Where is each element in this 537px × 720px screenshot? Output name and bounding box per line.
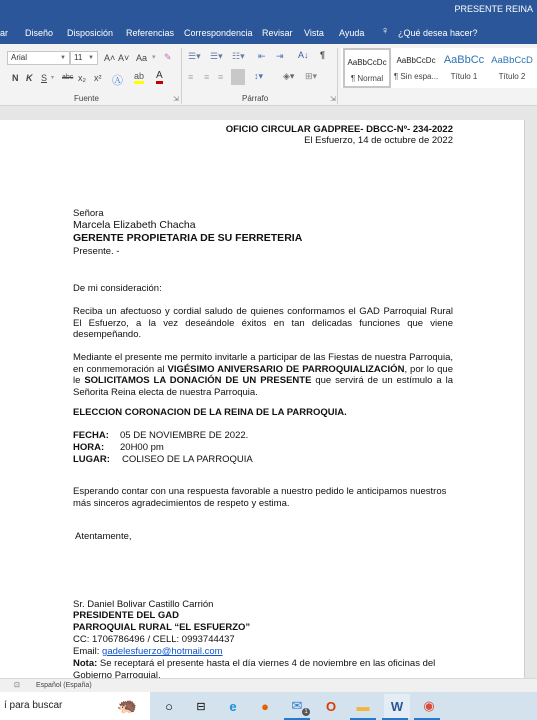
font-size-box[interactable]: 11 ▼ — [70, 51, 98, 65]
increase-indent-icon[interactable]: ⇥ — [276, 51, 284, 62]
numbering-icon[interactable]: ☰▾ — [210, 51, 223, 62]
font-color-icon[interactable]: A — [156, 71, 163, 84]
font-name-value: Arial — [11, 53, 27, 62]
document-workspace: OFICIO CIRCULAR GADPREE- DBCC-Nº- 234-20… — [0, 106, 537, 678]
text-effects-icon[interactable]: Ⓐ — [112, 72, 123, 88]
signer-email: Email: gadelesfuerzo@hotmail.com — [73, 646, 453, 658]
style-normal[interactable]: AaBbCcDc ¶ Normal — [343, 48, 391, 88]
borders-icon[interactable]: ⊞▾ — [305, 71, 317, 82]
paragraph-1: Reciba un afectuoso y cordial saludo de … — [73, 306, 453, 341]
event-row: HORA:20H00 pm — [73, 442, 453, 454]
subscript-button[interactable]: x₂ — [78, 73, 86, 83]
justify-icon[interactable] — [231, 69, 245, 85]
title-bar: PRESENTE REINA — [0, 0, 537, 18]
tab-correspondencia[interactable]: Correspondencia — [184, 28, 253, 38]
para2-bold: SOLICITAMOS LA DONACIÓN DE UN PRESENTE — [84, 375, 311, 386]
superscript-button[interactable]: x² — [94, 73, 102, 83]
search-placeholder: í para buscar — [4, 700, 62, 711]
signer-contact: CC: 1706786496 / CELL: 0993744437 — [73, 634, 453, 646]
multilevel-list-icon[interactable]: ☷▾ — [232, 51, 245, 62]
email-link[interactable]: gadelesfuerzo@hotmail.com — [102, 646, 223, 657]
tab-referencias[interactable]: Referencias — [126, 28, 174, 38]
chevron-down-icon: ▼ — [60, 52, 66, 64]
file-explorer-icon[interactable]: ▬ — [352, 696, 374, 716]
tab-vista[interactable]: Vista — [304, 28, 324, 38]
presente-line: Presente. - — [73, 246, 453, 258]
firefox-icon[interactable]: ● — [254, 696, 276, 716]
style-name: Título 1 — [440, 72, 488, 81]
style-sample: AaBbCcD — [488, 55, 536, 66]
font-group-label: Fuente — [74, 94, 99, 103]
tab-diseno[interactable]: Diseño — [25, 28, 53, 38]
show-formatting-icon[interactable]: ¶ — [320, 50, 325, 60]
align-center-icon[interactable]: ≡ — [204, 72, 209, 82]
document-reference: OFICIO CIRCULAR GADPREE- DBCC-Nº- 234-20… — [73, 124, 453, 136]
style-sample: AaBbCcDc — [392, 56, 440, 65]
line-spacing-icon[interactable]: ↕▾ — [254, 71, 263, 82]
taskbar: í para buscar 🦔 ○ ⊟ e ● ✉1 O ▬ W ◉ — [0, 692, 537, 720]
status-bar: ⊡ Español (España) — [0, 678, 537, 692]
style-sample: AaBbCcDc — [345, 58, 389, 67]
paragraph-2: Mediante el presente me permito invitarl… — [73, 352, 453, 398]
grow-font-button[interactable]: A˄ — [104, 53, 115, 63]
document-page[interactable]: OFICIO CIRCULAR GADPREE- DBCC-Nº- 234-20… — [0, 120, 525, 678]
task-view-icon[interactable]: ⊟ — [190, 696, 212, 716]
strikethrough-button[interactable]: abc — [62, 74, 73, 81]
bullets-icon[interactable]: ☰▾ — [188, 51, 201, 62]
font-name-box[interactable]: Arial ▼ — [7, 51, 70, 65]
style-name: Título 2 — [488, 72, 536, 81]
ribbon-tabs: ar Diseño Disposición Referencias Corres… — [0, 18, 537, 44]
email-label: Email: — [73, 646, 102, 657]
clear-formatting-icon[interactable]: ✎ — [164, 52, 172, 63]
event-value: COLISEO DE LA PARROQUIA — [122, 454, 253, 465]
font-dialog-launcher[interactable]: ⇲ — [173, 95, 179, 103]
shrink-font-button[interactable]: A˅ — [118, 53, 129, 63]
event-value: 20H00 pm — [120, 442, 164, 453]
align-right-icon[interactable]: ≡ — [218, 72, 223, 82]
style-titulo-2[interactable]: AaBbCcD Título 2 — [488, 48, 536, 88]
mail-icon[interactable]: ✉1 — [286, 696, 308, 716]
regards: Atentamente, — [75, 531, 455, 543]
paragraph-group-label: Párrafo — [242, 94, 268, 103]
underline-dropdown[interactable]: ▾ — [51, 74, 54, 81]
cortana-icon[interactable]: ○ — [158, 696, 180, 716]
divider — [337, 48, 338, 104]
event-label: FECHA: — [73, 430, 120, 442]
mail-badge: 1 — [302, 708, 310, 716]
tab-revisar[interactable]: Revisar — [262, 28, 293, 38]
divider — [181, 48, 182, 104]
align-left-icon[interactable]: ≡ — [188, 72, 193, 82]
salutation-title: Señora — [73, 208, 453, 220]
office-icon[interactable]: O — [320, 696, 342, 716]
word-icon[interactable]: W — [384, 694, 410, 718]
style-titulo-1[interactable]: AaBbCc Título 1 — [440, 48, 488, 88]
hedgehog-search-highlight-icon: 🦔 — [104, 696, 150, 716]
style-sin-espaciado[interactable]: AaBbCcDc ¶ Sin espa... — [392, 48, 440, 88]
shading-icon[interactable]: ◈▾ — [283, 71, 294, 82]
para2-bold: VIGÉSIMO ANIVERSARIO DE PARROQUIALIZACIÓ… — [167, 364, 404, 375]
tab-insertar[interactable]: ar — [0, 28, 8, 38]
event-label: LUGAR: — [73, 454, 122, 466]
greeting: De mi consideración: — [73, 283, 453, 295]
document-date: El Esfuerzo, 14 de octubre de 2022 — [73, 135, 453, 147]
language-status[interactable]: Español (España) — [36, 682, 92, 689]
font-size-value: 11 — [74, 53, 82, 62]
event-row: FECHA:05 DE NOVIEMBRE DE 2022. — [73, 430, 453, 442]
note-label: Nota: — [73, 658, 97, 669]
edge-icon[interactable]: e — [222, 696, 244, 716]
style-sample: AaBbCc — [440, 54, 488, 66]
underline-button[interactable]: S — [41, 73, 47, 83]
tab-ayuda[interactable]: Ayuda — [339, 28, 364, 38]
signer-role-1: PRESIDENTE DEL GAD — [73, 610, 453, 622]
dropdown-icon[interactable]: ▾ — [152, 53, 156, 61]
recipient-name: Marcela Elizabeth Chacha — [73, 220, 453, 232]
lightbulb-icon[interactable]: ♀ — [381, 25, 389, 37]
sort-icon[interactable]: A↓ — [298, 50, 309, 60]
chrome-icon[interactable]: ◉ — [418, 696, 440, 716]
paragraph-dialog-launcher[interactable]: ⇲ — [330, 95, 336, 103]
italic-button[interactable]: K — [26, 73, 33, 83]
decrease-indent-icon[interactable]: ⇤ — [258, 51, 266, 62]
change-case-button[interactable]: Aa — [136, 53, 147, 63]
styles-gallery: AaBbCcDc ¶ Normal AaBbCcDc ¶ Sin espa...… — [341, 48, 537, 88]
signer-name: Sr. Daniel Bolivar Castillo Carrión — [73, 599, 453, 611]
event-row: LUGAR:COLISEO DE LA PARROQUIA — [73, 454, 453, 466]
tab-disposicion[interactable]: Disposición — [67, 28, 113, 38]
event-value: 05 DE NOVIEMBRE DE 2022. — [120, 430, 248, 441]
style-name: ¶ Normal — [345, 74, 389, 83]
signer-role-2: PARROQUIAL RURAL “EL ESFUERZO” — [73, 622, 453, 634]
closing-paragraph: Esperando contar con una respuesta favor… — [73, 486, 453, 509]
style-name: ¶ Sin espa... — [392, 72, 440, 81]
document-title: PRESENTE REINA — [454, 4, 533, 14]
recipient-role: GERENTE PROPIETARIA DE SU FERRETERIA — [73, 233, 453, 245]
event-title: ELECCION CORONACION DE LA REINA DE LA PA… — [73, 407, 453, 419]
tell-me-search[interactable]: ¿Qué desea hacer? — [398, 28, 478, 38]
chevron-down-icon: ▼ — [88, 52, 94, 64]
event-label: HORA: — [73, 442, 120, 454]
highlight-icon[interactable]: ab — [134, 71, 144, 84]
bold-button[interactable]: N — [12, 73, 19, 83]
proofing-icon[interactable]: ⊡ — [14, 681, 20, 689]
